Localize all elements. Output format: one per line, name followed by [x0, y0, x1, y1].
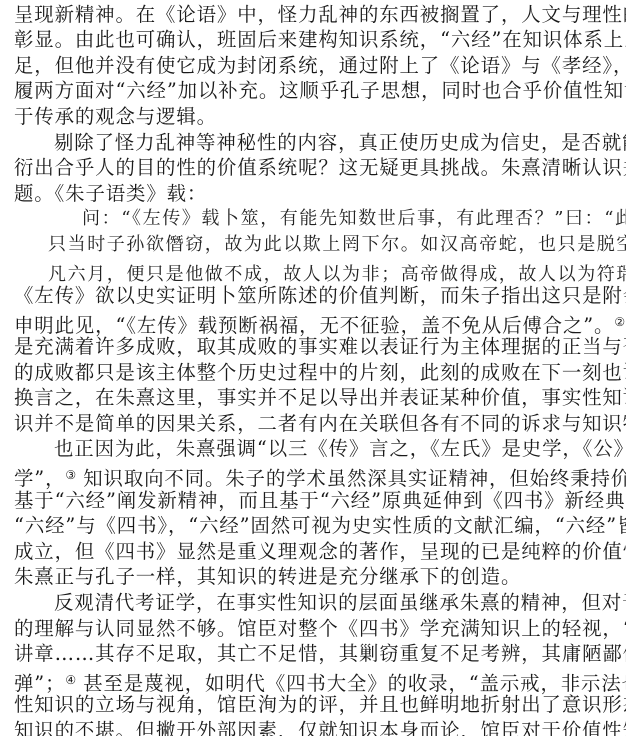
text-line: 换言之，在朱熹这里，事实并不足以导出并表证某种价值，事实性知识与价值性知 [14, 385, 606, 411]
line-text: 朱熹正与孔子一样，其知识的转进是充分继承下的创造。 [14, 565, 521, 588]
text-line: 学”，③ 知识取向不同。朱子的学术虽然深具实证精神，但始终秉持价值义理，不仅 [14, 462, 606, 488]
line-text: 知识的不堪。但撇开外部因素，仅就知识本身而论，馆臣对于价值性知识是缺乏理 [14, 719, 626, 736]
line-text: 识并不是简单的因果关系，二者有内在关联但各有不同的诉求与知识特性。 [14, 412, 626, 435]
text-line: 成立，但《四书》显然是重义理观念的著作，呈现的已是纯粹的价值性知识。可见 [14, 539, 606, 565]
footnote-marker[interactable]: ② [614, 315, 625, 329]
text-line: 履两方面对“六经”加以补充。这顺乎孔子思想，同时也合乎价值性知识寓创造 [14, 78, 606, 104]
line-text: 《左传》欲以史实证明卜筮所陈述的价值判断，而朱子指出这只是附会。后来馆臣亦 [14, 284, 626, 307]
line-text: 问：“《左传》载卜筮，有能先知数世后事，有此理否？”曰：“此恐不然。 [82, 208, 626, 229]
line-text: 足，但他并没有使它成为封闭系统，通过附上了《论语》与《孝经》，从言说与践 [14, 54, 626, 77]
text-line: 性知识的立场与视角，馆臣洵为的评，并且也鲜明地折射出了意识形态下的价值性 [14, 692, 606, 718]
text-line: 《左传》欲以史实证明卜筮所陈述的价值判断，而朱子指出这只是附会。后来馆臣亦 [14, 283, 606, 309]
text-line: 申明此见，“《左传》载预断祸福，无不征验，盖不免从后傅合之”。② 历史过程中总 [14, 309, 606, 335]
text-line: 讲章……其存不足取，其亡不足惜，其剿窃重复不足考辨，其庸陋鄙俚亦不足纠 [14, 641, 606, 667]
text-line: “六经”与《四书》，“六经”固然可视为史实性质的文献汇编，“六经”皆史也足以 [14, 513, 606, 539]
line-text: “六经”与《四书》，“六经”固然可视为史实性质的文献汇编，“六经”皆史也足以 [14, 514, 626, 537]
quote-line: 凡六月，便只是他做不成，故人以为非；高帝做得成，故人以为符瑞。”① [48, 257, 626, 283]
footnote-marker[interactable]: ③ [65, 468, 76, 482]
line-text: 换言之，在朱熹这里，事实并不足以导出并表证某种价值，事实性知识与价值性知 [14, 386, 626, 409]
line-text: 性知识的立场与视角，馆臣洵为的评，并且也鲜明地折射出了意识形态下的价值性 [14, 693, 626, 716]
quote-line: 只当时子孙欲僭窃，故为此以欺上罔下尔。如汉高帝蛇，也只是脱空。陈胜王 [48, 232, 626, 258]
text-line: 于传承的观念与逻辑。 [14, 104, 217, 130]
line-text: 题。《朱子语类》载： [14, 182, 207, 205]
text-line: 是充满着许多成败，取其成败的事实难以表证行为主体理据的正当与否，因为任何 [14, 334, 606, 360]
text-line: 剔除了怪力乱神等神秘性的内容，真正使历史成为信史，是否就能够自然地推 [54, 130, 606, 156]
line-text: 彰显。由此也可确认，班固后来建构知识系统，“六经”在知识体系上虽结构自 [14, 28, 626, 51]
text-line: 衍出合乎人的目的性的价值系统呢？这无疑更具挑战。朱熹清晰认识并指出这一问 [14, 155, 606, 181]
line-text: 讲章……其存不足取，其亡不足惜，其剿窃重复不足考辨，其庸陋鄙俚亦不足纠 [14, 642, 626, 665]
text-line: 反观清代考证学，在事实性知识的层面虽继承朱熹的精神，但对于价值性知识 [54, 590, 606, 616]
line-text-tail: 知识取向不同。朱子的学术虽然深具实证精神，但始终秉持价值义理，不仅 [76, 467, 626, 490]
line-text: 衍出合乎人的目的性的价值系统呢？这无疑更具挑战。朱熹清晰认识并指出这一问 [14, 156, 626, 179]
text-line: 识并不是简单的因果关系，二者有内在关联但各有不同的诉求与知识特性。 [14, 411, 626, 437]
text-line: 朱熹正与孔子一样，其知识的转进是充分继承下的创造。 [14, 564, 521, 590]
line-text: 学”， [14, 467, 65, 490]
text-line: 基于“六经”阐发新精神，而且基于“六经”原典延伸到《四书》新经典。比较 [14, 488, 606, 514]
line-text: 的理解与认同显然不够。馆臣对整个《四书》学充满知识上的轻视，“坊刻《四书》 [14, 617, 626, 640]
line-text: 的成败都只是该主体整个历史过程中的片刻，此刻的成败在下一刻也许就被颠倒了。 [14, 361, 626, 384]
text-line: 题。《朱子语类》载： [14, 181, 207, 207]
text-line: 的理解与认同显然不够。馆臣对整个《四书》学充满知识上的轻视，“坊刻《四书》 [14, 616, 606, 642]
text-line: 弹”；④ 甚至是蔑视，如明代《四书大全》的收录，“盖示戒，非示法也”。⑤ 从事实 [14, 667, 606, 693]
line-text: 基于“六经”阐发新精神，而且基于“六经”原典延伸到《四书》新经典。比较 [14, 489, 626, 512]
line-text: 也正因为此，朱熹强调“以三《传》言之，《左氏》是史学，《公》《谷》是经 [54, 437, 626, 460]
text-line: 彰显。由此也可确认，班固后来建构知识系统，“六经”在知识体系上虽结构自 [14, 27, 606, 53]
line-text: 只当时子孙欲僭窃，故为此以欺上罔下尔。如汉高帝蛇，也只是脱空。陈胜王 [48, 234, 626, 255]
footnote-marker[interactable]: ④ [65, 673, 76, 687]
text-line: 的成败都只是该主体整个历史过程中的片刻，此刻的成败在下一刻也许就被颠倒了。 [14, 360, 606, 386]
line-text: 反观清代考证学，在事实性知识的层面虽继承朱熹的精神，但对于价值性知识 [54, 591, 626, 614]
line-text: 呈现新精神。在《论语》中，怪力乱神的东西被搁置了，人文与理性的精神获得 [14, 3, 626, 26]
text-line: 呈现新精神。在《论语》中，怪力乱神的东西被搁置了，人文与理性的精神获得 [14, 2, 606, 28]
line-text: 履两方面对“六经”加以补充。这顺乎孔子思想，同时也合乎价值性知识寓创造 [14, 79, 626, 102]
line-text: 剔除了怪力乱神等神秘性的内容，真正使历史成为信史，是否就能够自然地推 [54, 131, 626, 154]
text-line: 知识的不堪。但撇开外部因素，仅就知识本身而论，馆臣对于价值性知识是缺乏理 [14, 718, 606, 736]
line-text: 于传承的观念与逻辑。 [14, 105, 217, 128]
line-text: 是充满着许多成败，取其成败的事实难以表证行为主体理据的正当与否，因为任何 [14, 335, 626, 358]
line-text: 凡六月，便只是他做不成，故人以为非；高帝做得成，故人以为符瑞。” [48, 264, 626, 285]
quote-line: 问：“《左传》载卜筮，有能先知数世后事，有此理否？”曰：“此恐不然。 [82, 206, 626, 232]
line-text: 成立，但《四书》显然是重义理观念的著作，呈现的已是纯粹的价值性知识。可见 [14, 540, 626, 563]
text-line: 足，但他并没有使它成为封闭系统，通过附上了《论语》与《孝经》，从言说与践 [14, 53, 606, 79]
text-line: 也正因为此，朱熹强调“以三《传》言之，《左氏》是史学，《公》《谷》是经 [54, 436, 606, 462]
